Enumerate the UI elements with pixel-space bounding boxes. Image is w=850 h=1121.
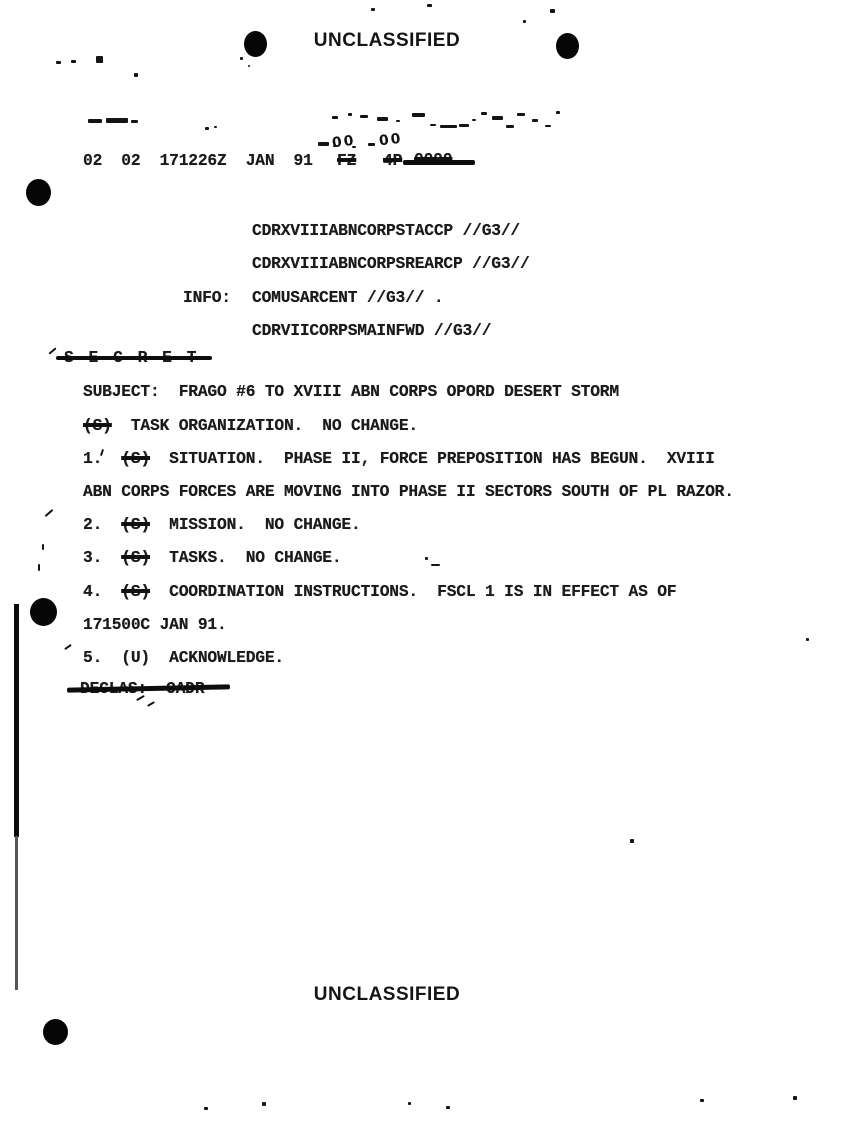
paragraph-text: 4.: [83, 582, 121, 601]
scanner-noise-mark: [532, 119, 538, 122]
scanner-noise-mark: [492, 116, 503, 120]
scanner-noise-mark: [517, 113, 525, 116]
struck-classification-marker: (S): [121, 582, 150, 601]
paragraph-1-situation: 1. (S) SITUATION. PHASE II, FORCE PREPOS…: [83, 450, 715, 468]
footer-classification: UNCLASSIFIED: [314, 984, 460, 1006]
hole-punch-mark: [244, 31, 267, 57]
info-label: INFO:: [183, 289, 231, 307]
scan-edge-line: [14, 604, 19, 837]
scanner-noise-mark: [506, 125, 514, 128]
paragraph-text: 2.: [83, 515, 121, 534]
message-date-line: 02 02 171226Z JAN 91: [83, 152, 313, 170]
scanner-noise-mark: [318, 142, 329, 146]
paragraph-text: ABN CORPS FORCES ARE MOVING INTO PHASE I…: [83, 482, 734, 501]
scanner-noise-mark: [431, 564, 440, 566]
scanner-noise-mark: [446, 1106, 450, 1109]
scanner-noise-mark: [348, 113, 352, 116]
scanner-noise-mark: [806, 638, 809, 641]
scanner-noise-mark: [360, 115, 368, 118]
scan-edge-line: [15, 836, 18, 990]
scanner-noise-mark: [523, 20, 526, 23]
pen-mark: [42, 544, 44, 550]
pen-mark: [64, 644, 72, 650]
scanner-noise-mark: [96, 56, 103, 63]
paragraph-text: MISSION. NO CHANGE.: [150, 515, 361, 534]
struck-routing-code: FZ: [337, 152, 356, 170]
struck-classification-marker: (S): [121, 515, 150, 534]
scanner-noise-mark: [333, 145, 337, 147]
paragraph-2-mission: 2. (S) MISSION. NO CHANGE.: [83, 516, 361, 534]
paragraph-text: 5. (U) ACKNOWLEDGE.: [83, 648, 284, 667]
scanner-noise-mark: [71, 60, 76, 63]
hole-punch-mark: [556, 33, 579, 59]
handwritten-annotation: 00: [331, 133, 356, 152]
scanner-noise-mark: [368, 143, 375, 146]
info-addressee: CDRVIICORPSMAINFWD //G3//: [252, 322, 491, 340]
scanner-noise-mark: [427, 4, 432, 7]
paragraph-text: SITUATION. PHASE II, FORCE PREPOSITION H…: [150, 449, 715, 468]
paragraph-text: 3.: [83, 548, 121, 567]
pen-mark: [48, 347, 56, 354]
pen-mark: [45, 509, 54, 517]
scanner-noise-mark: [793, 1096, 797, 1100]
paragraph-text: COORDINATION INSTRUCTIONS. FSCL 1 IS IN …: [150, 582, 676, 601]
struck-routing-code: 4P: [383, 152, 402, 170]
paragraph-1-continuation: ABN CORPS FORCES ARE MOVING INTO PHASE I…: [83, 483, 734, 501]
strike-bar: [403, 160, 475, 165]
scanner-noise-mark: [204, 1107, 208, 1110]
scanner-noise-mark: [377, 117, 388, 121]
scanner-noise-mark: [459, 124, 469, 127]
strike-bar: [56, 356, 212, 360]
scanner-noise-mark: [550, 9, 555, 13]
scanner-noise-mark: [352, 146, 356, 148]
to-addressee: CDRXVIIIABNCORPSREARCP //G3//: [252, 255, 530, 273]
pen-mark: [38, 564, 40, 571]
scanner-noise-mark: [472, 119, 476, 121]
struck-classification-marker: (S): [121, 548, 150, 567]
scanner-noise-mark: [240, 57, 243, 60]
hole-punch-mark: [43, 1019, 68, 1045]
scanner-noise-mark: [396, 120, 400, 122]
scanner-noise-mark: [88, 119, 102, 123]
scanner-noise-mark: [332, 116, 338, 119]
paragraph-text: TASK ORGANIZATION. NO CHANGE.: [112, 416, 418, 435]
struck-classification-marker: (S): [121, 449, 150, 468]
scanner-noise-mark: [545, 125, 551, 127]
paragraph-4-continuation: 171500C JAN 91.: [83, 616, 227, 634]
paragraph-5-acknowledge: 5. (U) ACKNOWLEDGE.: [83, 649, 284, 667]
paragraph-4-coordination: 4. (S) COORDINATION INSTRUCTIONS. FSCL 1…: [83, 583, 676, 601]
paragraph-3-tasks: 3. (S) TASKS. NO CHANGE.: [83, 549, 341, 567]
scanner-noise-mark: [425, 557, 428, 560]
hole-punch-mark: [30, 598, 57, 626]
scanner-noise-mark: [248, 65, 250, 67]
scanner-noise-mark: [134, 73, 138, 77]
paragraph-task-organization: (S) TASK ORGANIZATION. NO CHANGE.: [83, 417, 418, 435]
scanner-noise-mark: [556, 111, 560, 114]
scanner-noise-mark: [412, 113, 425, 117]
scanner-noise-mark: [106, 118, 128, 123]
pen-mark: [147, 701, 155, 707]
scanner-noise-mark: [481, 112, 487, 115]
info-addressee: COMUSARCENT //G3// .: [252, 289, 443, 307]
scanner-noise-mark: [440, 125, 457, 128]
scanner-noise-mark: [430, 124, 436, 126]
scanner-noise-mark: [371, 8, 375, 11]
subject-line: SUBJECT: FRAGO #6 TO XVIII ABN CORPS OPO…: [83, 383, 619, 401]
header-classification: UNCLASSIFIED: [314, 30, 460, 52]
scanner-noise-mark: [408, 1102, 411, 1105]
struck-classification-marker: (S): [83, 416, 112, 435]
hole-punch-mark: [26, 179, 51, 206]
scanner-noise-mark: [700, 1099, 704, 1102]
scanner-noise-mark: [205, 127, 209, 130]
handwritten-annotation: 00: [378, 131, 403, 150]
scanner-noise-mark: [630, 839, 634, 843]
scanner-noise-mark: [262, 1102, 266, 1106]
scanner-noise-mark: [56, 61, 61, 64]
scanned-document-page: UNCLASSIFIED 02 02 171226Z JAN 91 00 FZ …: [0, 0, 850, 1121]
to-addressee: CDRXVIIIABNCORPSTACCP //G3//: [252, 222, 520, 240]
scanner-noise-mark: [214, 126, 217, 128]
scanner-noise-mark: [131, 120, 138, 123]
paragraph-text: TASKS. NO CHANGE.: [150, 548, 341, 567]
paragraph-text: 171500C JAN 91.: [83, 615, 227, 634]
